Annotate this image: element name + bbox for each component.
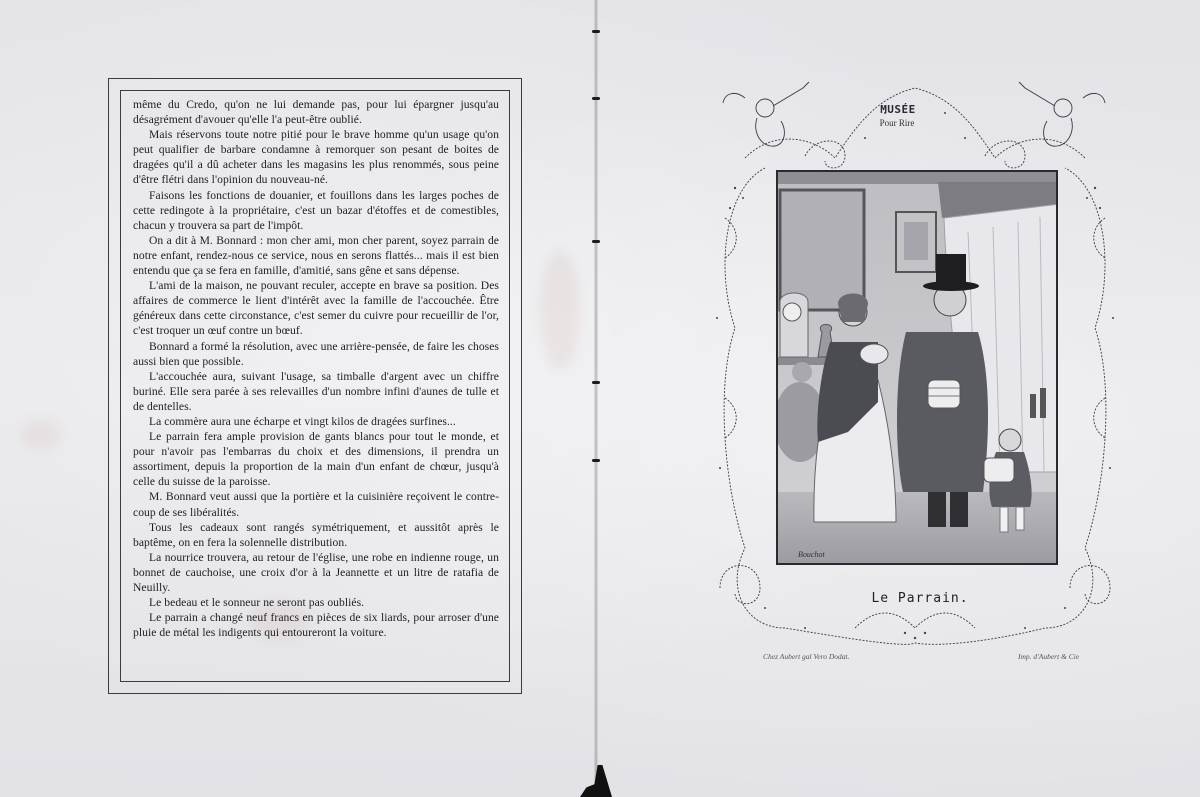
series-title: MUSÉE [868,103,928,116]
cherub-left-icon [723,82,809,146]
book-spread: même du Credo, qu'on ne lui demande pas,… [0,0,1200,797]
left-page: même du Credo, qu'on ne lui demande pas,… [0,0,598,797]
artist-signature: Bouchot [798,550,825,559]
paragraph: L'accouchée aura, suivant l'usage, sa ti… [133,369,499,414]
paragraph: La nourrice trouvera, au retour de l'égl… [133,550,499,595]
text-frame-inner: même du Credo, qu'on ne lui demande pas,… [120,90,510,682]
paragraph: même du Credo, qu'on ne lui demande pas,… [133,97,499,127]
lithograph-scene: Bouchot [778,172,1058,565]
paragraph: Mais réservons toute notre pitié pour le… [133,127,499,187]
illustration: Bouchot [776,170,1058,565]
series-subtitle: Pour Rire [862,118,932,128]
printer-imprint: Imp. d'Aubert & Cie [1018,652,1079,661]
paragraph: On a dit à M. Bonnard : mon cher ami, mo… [133,233,499,278]
paragraph: Le parrain fera ample provision de gants… [133,429,499,489]
paper-stain [20,420,60,450]
cherub-right-icon [1019,82,1105,146]
paragraph: Tous les cadeaux sont rangés symétriquem… [133,520,499,550]
paragraph: Le bedeau et le sonneur ne seront pas ou… [133,595,499,610]
plate-caption: Le Parrain. [860,591,980,606]
publisher-imprint: Chez Aubert gal Vero Dodat. [763,652,849,661]
paragraph: Bonnard a formé la résolution, avec une … [133,339,499,369]
body-text: même du Credo, qu'on ne lui demande pas,… [133,97,499,640]
paragraph: Le parrain a changé neuf francs en pièce… [133,610,499,640]
paragraph: M. Bonnard veut aussi que la portière et… [133,489,499,519]
paragraph: La commère aura une écharpe et vingt kil… [133,414,499,429]
paper-stain [540,250,580,370]
paragraph: L'ami de la maison, ne pouvant reculer, … [133,278,499,338]
paragraph: Faisons les fonctions de douanier, et fo… [133,188,499,233]
